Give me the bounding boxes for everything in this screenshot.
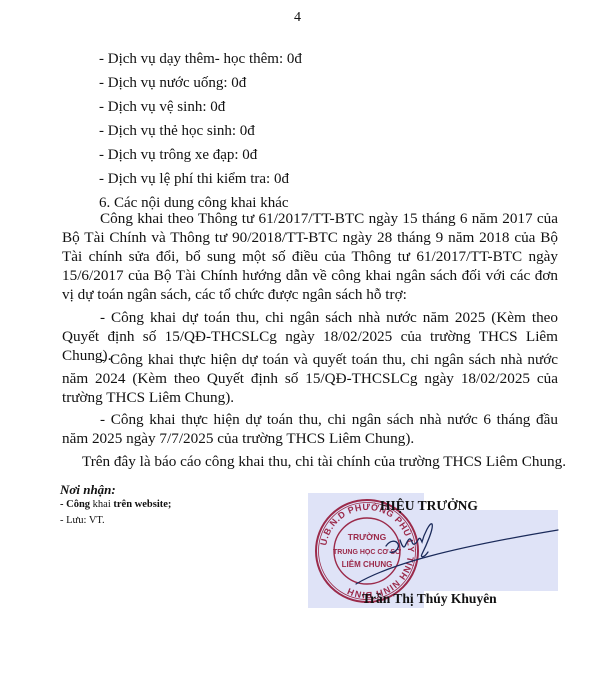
service-item: - Dịch vụ thẻ học sinh: 0đ (99, 122, 255, 140)
disclosure-item: - Công khai thực hiện dự toán thu, chi n… (62, 410, 558, 448)
disclosure-item: - Công khai thực hiện dự toán và quyết t… (62, 350, 558, 407)
closing-statement: Trên đây là báo cáo công khai thu, chi t… (62, 452, 558, 471)
recipient-item: - Công khai trên website; (60, 499, 171, 510)
service-item: - Dịch vụ dạy thêm- học thêm: 0đ (99, 50, 302, 68)
service-item: - Dịch vụ nước uống: 0đ (99, 74, 246, 92)
recipients-title: Nơi nhận: (60, 482, 116, 498)
service-item: - Dịch vụ lệ phí thi kiểm tra: 0đ (99, 170, 289, 188)
recipient-item: - Lưu: VT. (60, 515, 105, 526)
service-item: - Dịch vụ vệ sinh: 0đ (99, 98, 225, 116)
intro-paragraph: Công khai theo Thông tư 61/2017/TT-BTC n… (62, 209, 558, 304)
page-number: 4 (0, 10, 595, 26)
service-item: - Dịch vụ trông xe đạp: 0đ (99, 146, 257, 164)
signer-name: Trần Thị Thúy Khuyên (362, 591, 497, 607)
